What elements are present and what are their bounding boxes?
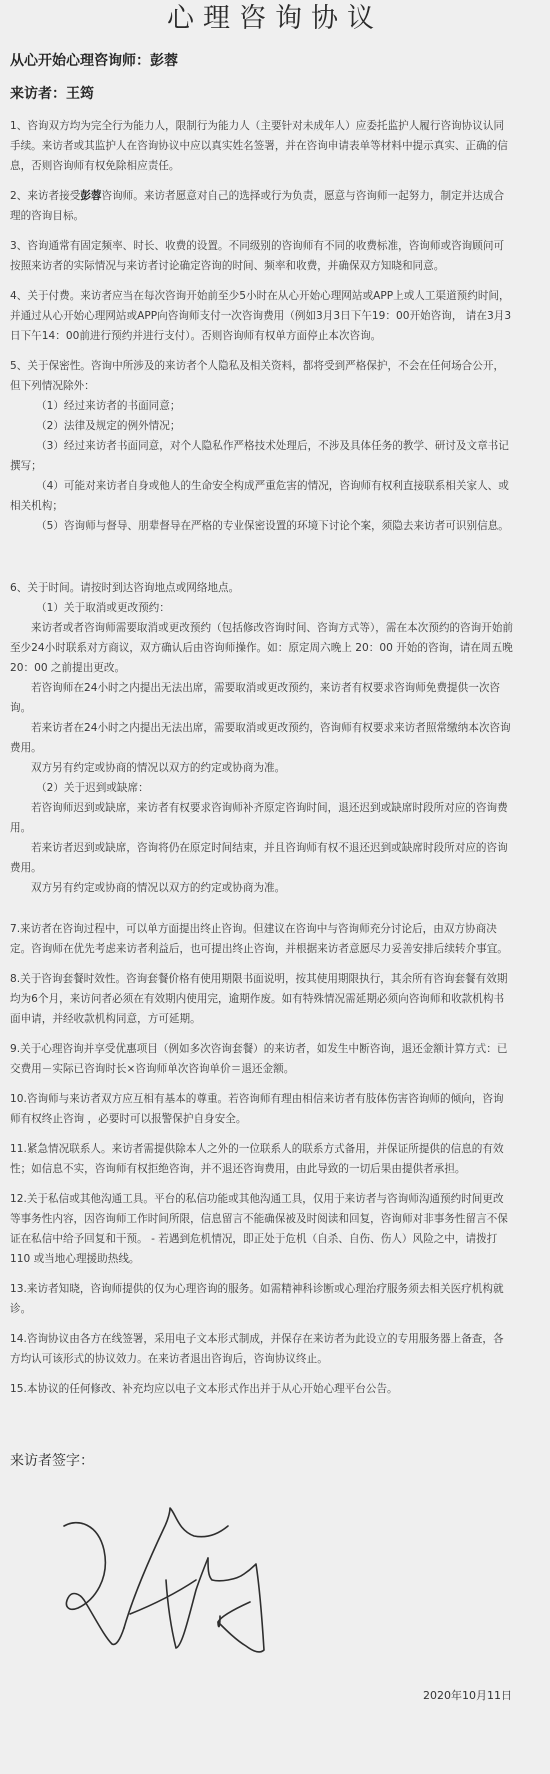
clause-5: 5、关于保密性。咨询中所涉及的来访者个人隐私及相关资料，都将受到严格保护，不会在… xyxy=(10,356,514,396)
clause-6-sub2-para-1: 若咨询师迟到或缺席，来访者有权要求咨询师补齐原定咨询时间，退还迟到或缺席时段所对… xyxy=(10,798,514,838)
clause-6-sub1-title: （1）关于取消或更改预约： xyxy=(10,598,514,618)
clause-5-item-5: （5）咨询师与督导、朋辈督导在严格的专业保密设置的环境下讨论个案，须隐去来访者可… xyxy=(10,516,514,536)
clause-9: 9.关于心理咨询并享受优惠项目（例如多次咨询套餐）的来访者，如发生中断咨询，退还… xyxy=(10,1039,514,1079)
clause-5-item-1: （1）经过来访者的书面同意； xyxy=(10,396,514,416)
clause-15: 15.本协议的任何修改、补充均应以电子文本形式作出并于从心开始心理平台公告。 xyxy=(10,1379,514,1399)
clause-6-sub1-para-3: 若来访者在24小时之内提出无法出席，需要取消或更改预约，咨询师有权要求来访者照常… xyxy=(10,718,514,758)
clause-6-sub2-title: （2）关于迟到或缺席： xyxy=(10,778,514,798)
clause-10: 10.咨询师与来访者双方应互相有基本的尊重。若咨询师有理由相信来访者有肢体伤害咨… xyxy=(10,1089,514,1129)
clause-3: 3、咨询通常有固定频率、时长、收费的设置。不同级别的咨询师有不同的收费标准，咨询… xyxy=(10,236,514,276)
clause-5-item-3: （3）经过来访者书面同意，对个人隐私作严格技术处理后，不涉及具体任务的教学、研讨… xyxy=(10,436,514,476)
clause-2: 2、来访者接受彭蓉咨询师。来访者愿意对自己的选择或行为负责，愿意与咨询师一起努力… xyxy=(10,186,514,226)
clause-7: 7.来访者在咨询过程中，可以单方面提出终止咨询。但建议在咨询中与咨询师充分讨论后… xyxy=(10,919,514,959)
visitor-line: 来访者：王筠 xyxy=(10,84,94,104)
clause-1: 1、咨询双方均为完全行为能力人，限制行为能力人（主要针对未成年人）应委托监护人履… xyxy=(10,116,514,176)
clause-6-block: 6、关于时间。请按时到达咨询地点或网络地点。 （1）关于取消或更改预约： 来访者… xyxy=(10,578,514,898)
agreement-page: 心理咨询协议 从心开始心理咨询师：彭蓉 来访者：王筠 1、咨询双方均为完全行为能… xyxy=(0,0,550,1774)
clause-8: 8.关于咨询套餐时效性。咨询套餐价格有使用期限书面说明，按其使用期限执行，其余所… xyxy=(10,969,514,1029)
clauses-7-to-15: 7.来访者在咨询过程中，可以单方面提出终止咨询。但建议在咨询中与咨询师充分讨论后… xyxy=(10,919,514,1409)
clause-6-sub1-para-2: 若咨询师在24小时之内提出无法出席，需要取消或更改预约，来访者有权要求咨询师免费… xyxy=(10,678,514,718)
clause-14: 14.咨询协议由各方在线签署，采用电子文本形式制成，并保存在来访者为此设立的专用… xyxy=(10,1329,514,1369)
clause-6-sub2-para-2: 若来访者迟到或缺席，咨询将仍在原定时间结束，并且咨询师有权不退还迟到或缺席时段所… xyxy=(10,838,514,878)
signing-date: 2020年10月11日 xyxy=(423,1688,512,1704)
counselor-name-emphasis: 彭蓉 xyxy=(80,190,101,202)
clause-5-item-4: （4）可能对来访者自身或他人的生命安全构成严重危害的情况，咨询师有权利直接联系相… xyxy=(10,476,514,516)
clause-11: 11.紧急情况联系人。来访者需提供除本人之外的一位联系人的联系方式备用，并保证所… xyxy=(10,1139,514,1179)
clause-2-prefix: 2、来访者接受 xyxy=(10,190,80,202)
clause-4: 4、关于付费。来访者应当在每次咨询开始前至少5小时在从心开始心理网站或APP上或… xyxy=(10,286,514,346)
clause-13: 13.来访者知晓，咨询师提供的仅为心理咨询的服务。如需精神科诊断或心理治疗服务须… xyxy=(10,1279,514,1319)
handwritten-signature xyxy=(0,1450,550,1774)
page-title: 心理咨询协议 xyxy=(0,2,550,36)
clauses-1-to-5: 1、咨询双方均为完全行为能力人，限制行为能力人（主要针对未成年人）应委托监护人履… xyxy=(10,116,514,536)
counselor-line: 从心开始心理咨询师：彭蓉 xyxy=(10,51,178,71)
clause-5-item-2: （2）法律及规定的例外情况； xyxy=(10,416,514,436)
clause-6: 6、关于时间。请按时到达咨询地点或网络地点。 xyxy=(10,578,514,598)
clause-6-sub1-para-1: 来访者或者咨询师需要取消或更改预约（包括修改咨询时间、咨询方式等），需在本次预约… xyxy=(10,618,514,678)
clause-6-sub2-para-3: 双方另有约定或协商的情况以双方的约定或协商为准。 xyxy=(10,878,514,898)
clause-6-sub1-para-4: 双方另有约定或协商的情况以双方的约定或协商为准。 xyxy=(10,758,514,778)
clause-12: 12.关于私信或其他沟通工具。平台的私信功能或其他沟通工具，仅用于来访者与咨询师… xyxy=(10,1189,514,1269)
